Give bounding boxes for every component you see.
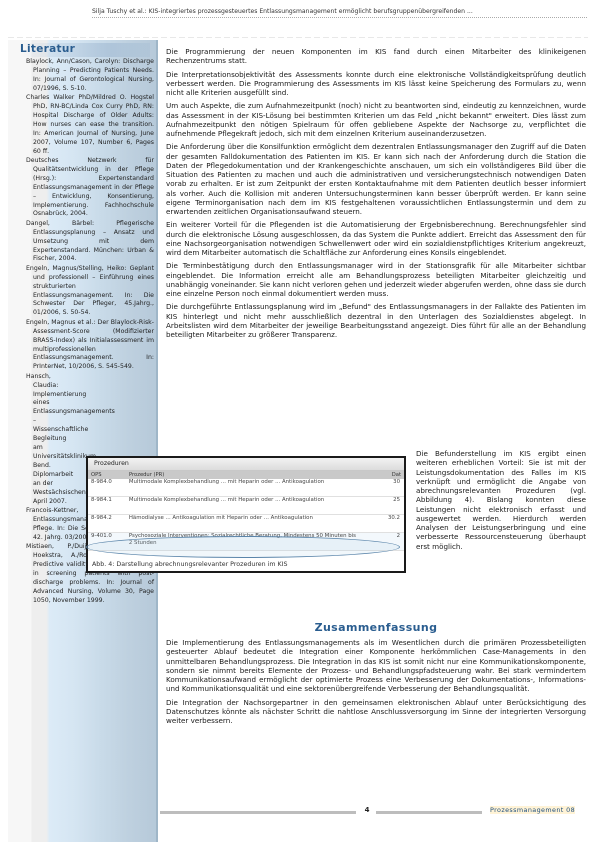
reference-item: Engeln, Magnus/Stelling, Heiko: Geplant …	[26, 265, 154, 318]
footer-rule-right	[376, 811, 482, 814]
figure-procedures-screenshot: Prozeduren OPS Prozedur (PR) Dat 8-984.0…	[86, 456, 406, 573]
row-text: Hämodialyse ... Antikoagulation mit Hepa…	[129, 515, 360, 532]
footer-rule-left	[160, 811, 356, 814]
body-paragraph: Die Programmierung der neuen Komponenten…	[166, 47, 586, 66]
sidebar-title: Literatur	[20, 43, 150, 57]
journal-name-text: Prozessmanagement 08	[490, 806, 575, 814]
running-header: Silja Tuschy et al.: KIS-integriertes pr…	[92, 8, 587, 18]
reference-item: Deutsches Netzwerk für Qualitätsentwickl…	[26, 157, 154, 219]
row-text: Multimodale Komplexbehandlung ... mit He…	[129, 479, 360, 496]
body-paragraph: Um auch Aspekte, die zum Aufnahmezeitpun…	[166, 101, 586, 138]
body-paragraph: Die Interpretationsobjektivität des Asse…	[166, 70, 586, 98]
figure-row: 8-984.0 Multimodale Komplexbehandlung ..…	[88, 479, 404, 497]
highlight-oval	[86, 536, 400, 558]
figure-window-title: Prozeduren	[88, 458, 404, 471]
row-code: 8-984.2	[88, 515, 129, 532]
reference-item: Blaylock, Ann/Cason, Carolyn: Discharge …	[26, 58, 154, 94]
body-paragraph: Die Anforderung über die Konsilfunktion …	[166, 142, 586, 216]
reference-item: Charles Walker PhD/Mildred O. Hogstel Ph…	[26, 94, 154, 156]
column-date: Dat	[361, 471, 401, 479]
figure-row: 8-984.2 Hämodialyse ... Antikoagulation …	[88, 515, 404, 533]
reference-item: Dangel, Bärbel: Pflegerische Entlassungs…	[26, 220, 154, 265]
header-divider	[8, 37, 588, 38]
body-paragraph: Die durchgeführte Entlassungsplanung wir…	[166, 302, 586, 339]
column-ops: OPS	[88, 471, 129, 479]
figure-side-paragraph: Die Befunderstellung im KIS ergibt einen…	[416, 449, 586, 551]
summary-paragraph: Die Integration der Nachsorgepartner in …	[166, 698, 586, 726]
row-value: 25	[360, 497, 404, 514]
row-value: 30	[360, 479, 404, 496]
figure-caption: Abb. 4: Darstellung abrechnungsrelevante…	[92, 561, 288, 568]
section-heading-summary: Zusammenfassung	[166, 621, 586, 634]
body-paragraph: Ein weiterer Vorteil für die Pflegenden …	[166, 220, 586, 257]
journal-name: Prozessmanagement 08	[490, 806, 575, 814]
reference-item: Engeln, Magnus et al.: Der Blaylock-Risk…	[26, 319, 154, 372]
row-text: Multimodale Komplexbehandlung ... mit He…	[129, 497, 360, 514]
column-procedure: Prozedur (PR)	[129, 471, 361, 479]
figure-column-header: OPS Prozedur (PR) Dat	[88, 471, 404, 479]
page-number: 4	[361, 806, 373, 814]
summary-paragraph: Die Implementierung des Entlassungsmanag…	[166, 638, 586, 694]
summary-body: Die Implementierung des Entlassungsmanag…	[166, 638, 586, 729]
reference-item: Hansch, Claudia: Implementierung eines E…	[26, 373, 73, 489]
row-value: 30.2	[360, 515, 404, 532]
row-code: 8-984.0	[88, 479, 129, 496]
body-paragraph: Die Terminbestätigung durch den Entlassu…	[166, 261, 586, 298]
row-code: 8-984.1	[88, 497, 129, 514]
main-body: Die Programmierung der neuen Komponenten…	[166, 47, 586, 343]
figure-row: 8-984.1 Multimodale Komplexbehandlung ..…	[88, 497, 404, 515]
